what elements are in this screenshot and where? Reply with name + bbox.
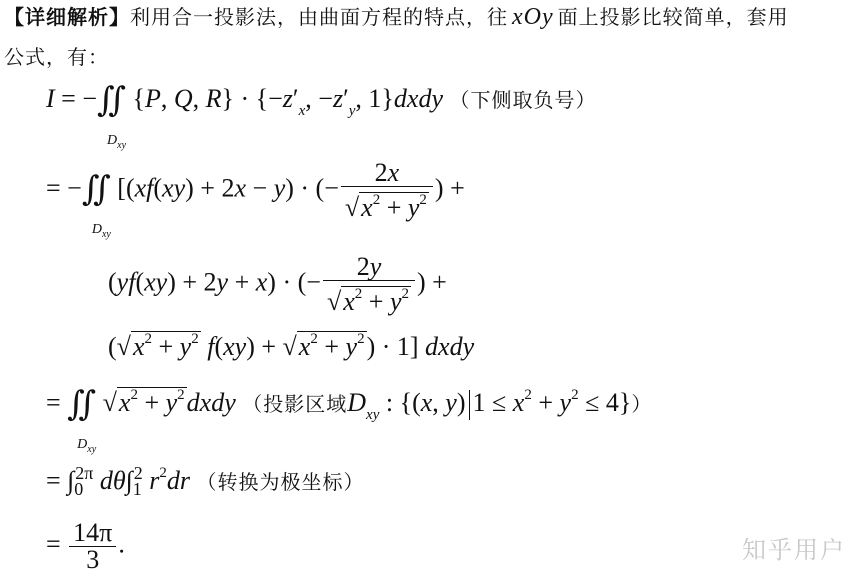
intro-text-2: 面上投影比较简单，套用 [558, 5, 789, 29]
double-integral-symbol: ∬Dxy [67, 392, 96, 418]
equation-3: (yf(xy) + 2y + x) · (−2y√x2 + y2) + [108, 254, 447, 315]
intro-line-2: 公式，有： [4, 44, 109, 70]
intro-line-1: 【详细解析】利用合一投影法，由曲面方程的特点，往xOy面上投影比较简单，套用 [4, 4, 789, 30]
equation-1-note: （下侧取负号） [450, 88, 597, 112]
equation-5-note-close: ） [631, 392, 652, 416]
equation-4: (√x2 + y2 f(xy) + √x2 + y2) · 1] dxdy [108, 326, 474, 360]
watermark: 知乎用户 [742, 530, 846, 565]
equation-5: = ∬Dxy √x2 + y2dxdy （投影区域Dxy : {(x, y)1 … [46, 382, 652, 428]
section-label: 【详细解析】 [4, 5, 130, 29]
equation-6: = ∫02π dθ∫12 r2dr （转换为极坐标） [46, 460, 365, 502]
equation-2: = −∬Dxy [(xf(xy) + 2x − y) · (−2x√x2 + y… [46, 160, 465, 221]
double-integral-symbol: ∬Dxy [82, 177, 111, 203]
equation-5-note-open: （投影区域 [242, 392, 347, 416]
equation-1: I = −∬Dxy {P, Q, R} · {−z′x, −z′y, 1}dxd… [46, 86, 597, 124]
fraction: 2x√x2 + y2 [341, 160, 433, 221]
equation-7: = 14π3. [46, 520, 125, 573]
result-fraction: 14π3 [69, 520, 116, 573]
plane-name: xOy [512, 4, 554, 30]
fraction: 2y√x2 + y2 [323, 254, 415, 315]
equation-6-note: （转换为极坐标） [197, 470, 365, 494]
double-integral-symbol: ∬Dxy [97, 88, 126, 114]
intro-text-1: 利用合一投影法，由曲面方程的特点，往 [130, 5, 508, 29]
